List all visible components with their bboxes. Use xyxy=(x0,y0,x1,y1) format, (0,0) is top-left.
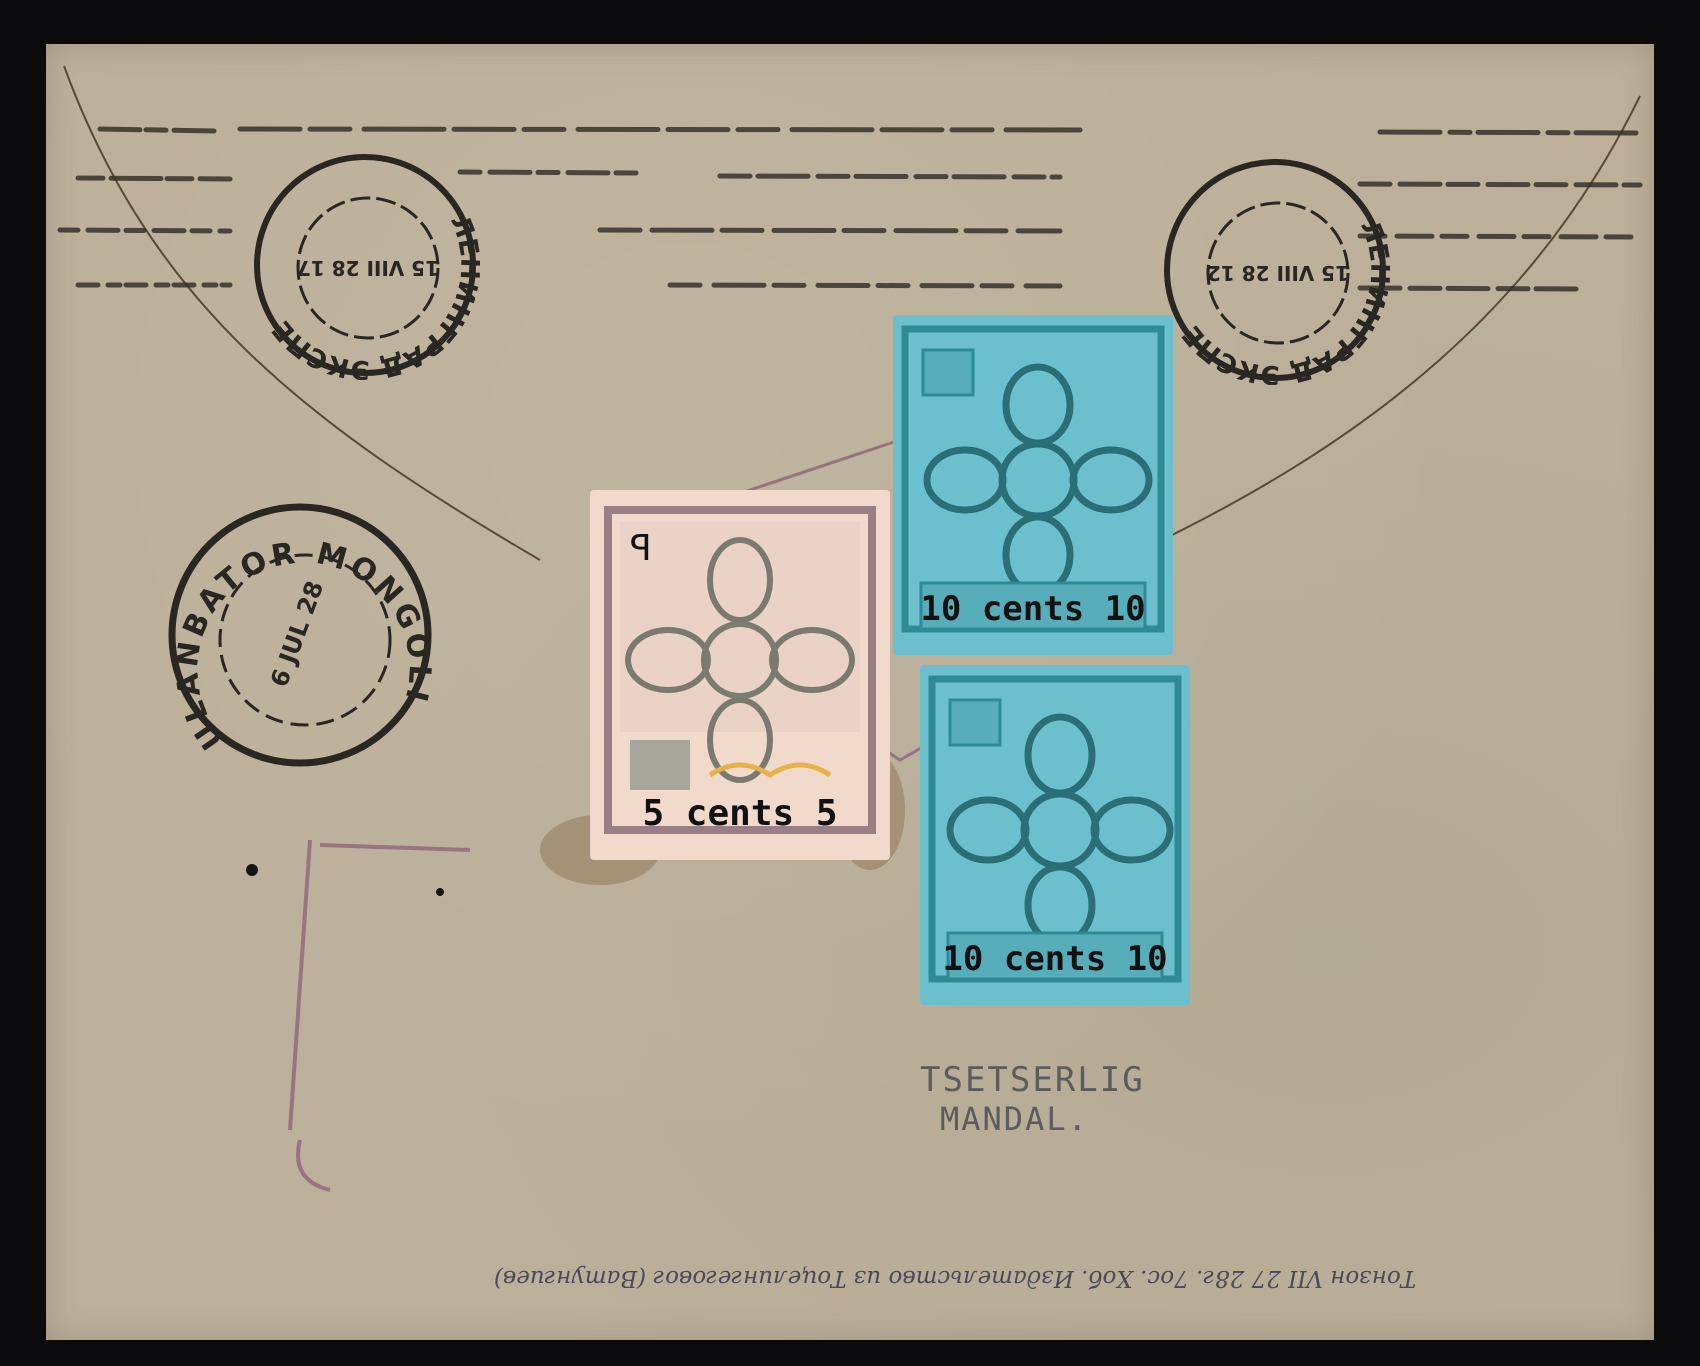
svg-text:10 cents 10: 10 cents 10 xyxy=(920,589,1145,629)
svg-text:ꟼ: ꟼ xyxy=(630,528,652,569)
handwritten-note: Тонзон VII 27 28г. 7ос. Хоб. Издательств… xyxy=(260,1265,1650,1291)
pencil-notation-mandal: MANDAL. xyxy=(940,1100,1089,1138)
stamp-10-cents-top: 10 cents 10 xyxy=(893,315,1173,655)
svg-text:10 cents 10: 10 cents 10 xyxy=(942,939,1167,979)
stamp-5-cents: 5 cents 5 ꟼ xyxy=(590,490,890,860)
svg-text:5 cents 5: 5 cents 5 xyxy=(642,793,837,834)
pencil-notation-tsetserlig: TSETSERLIG xyxy=(920,1060,1145,1100)
stamp-10-cents-bottom: 10 cents 10 xyxy=(920,665,1190,1005)
